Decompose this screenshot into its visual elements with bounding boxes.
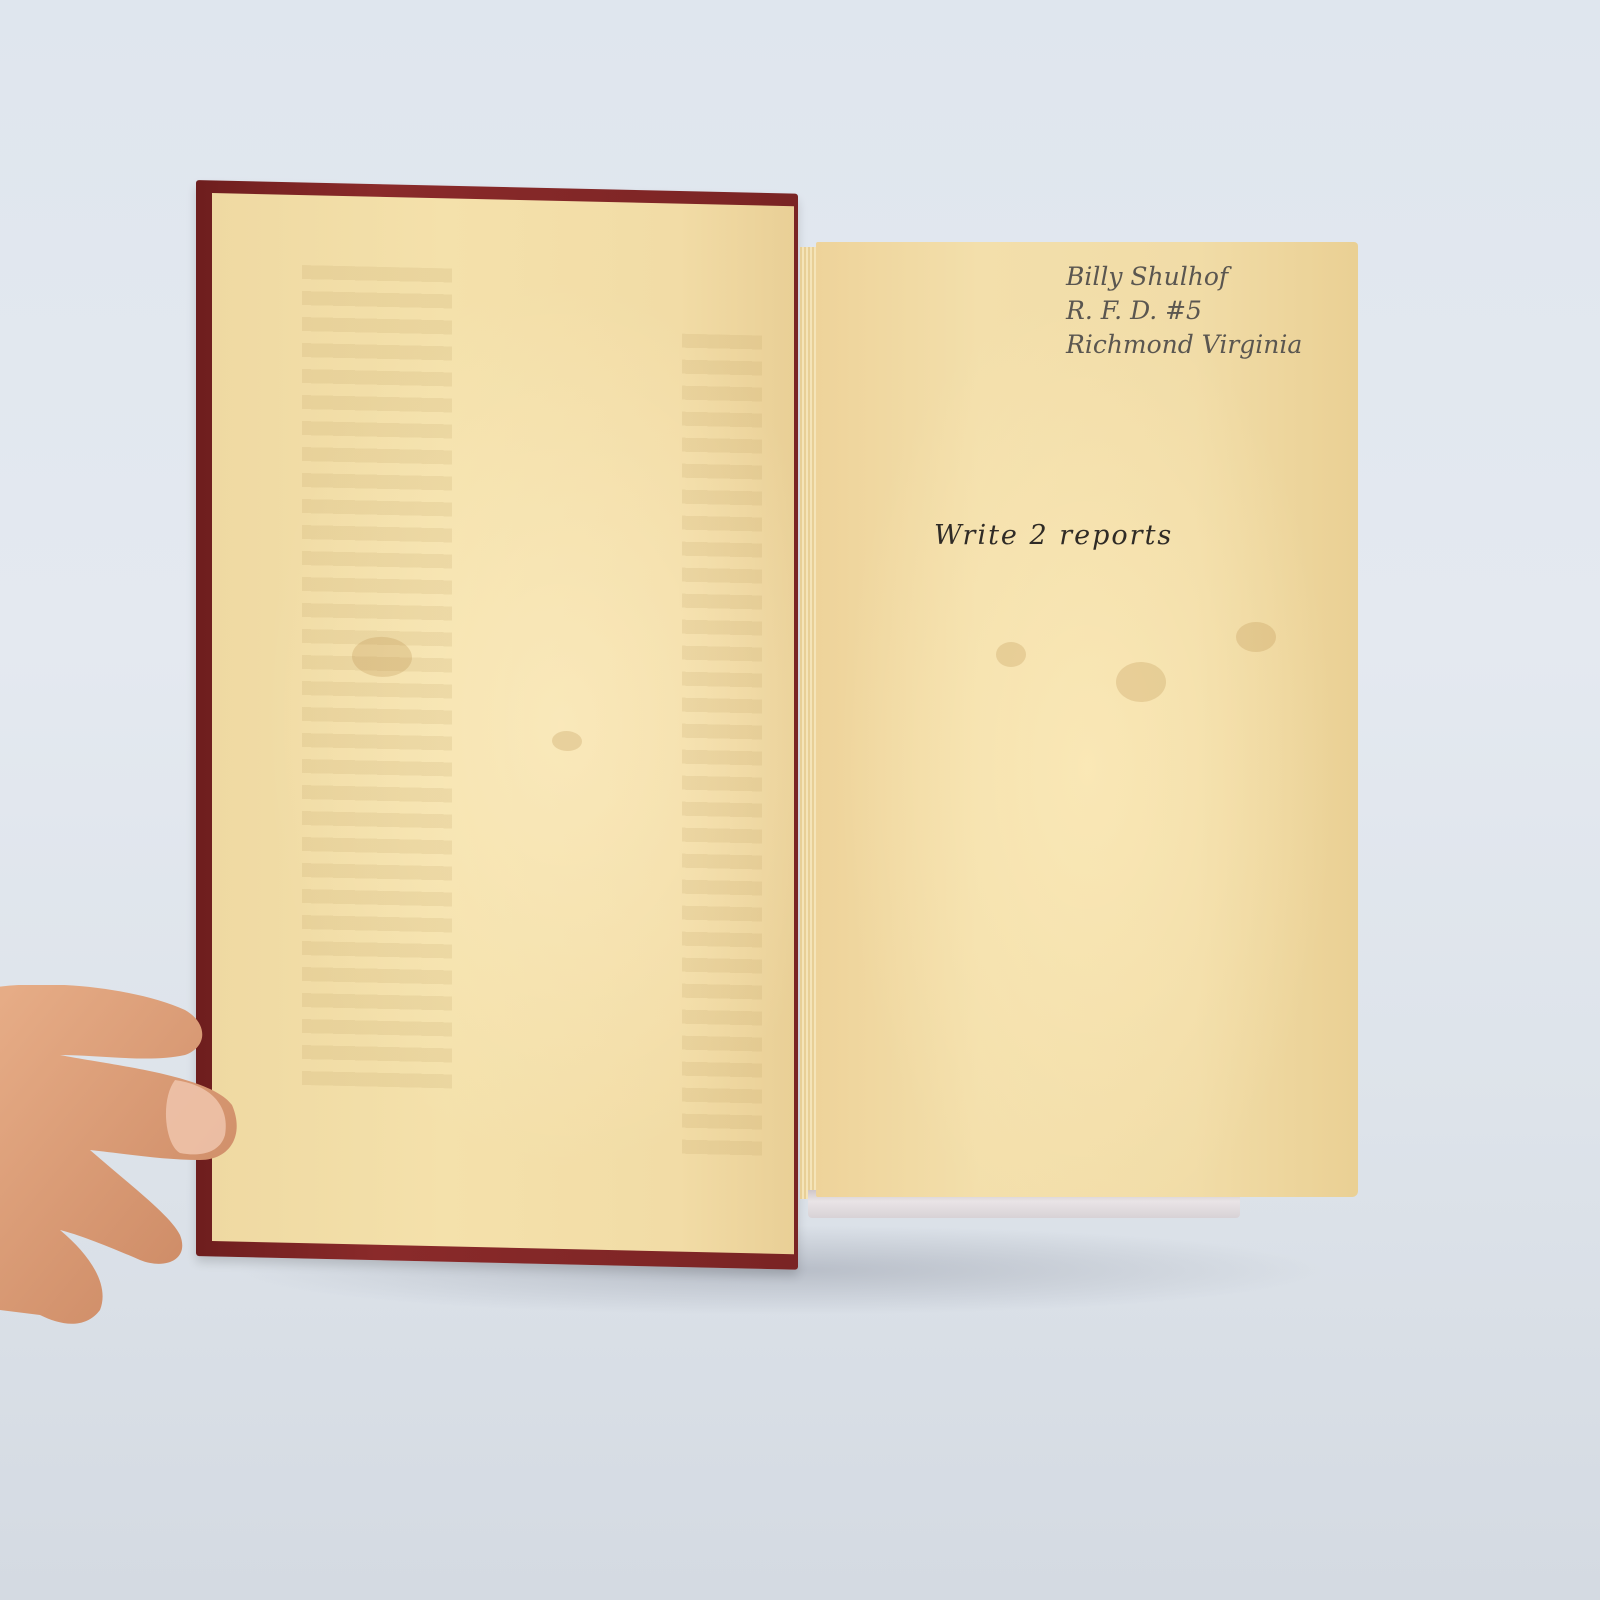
left-endpaper	[212, 193, 794, 1254]
show-through-text	[682, 334, 762, 1166]
foxing-stain	[1236, 622, 1276, 652]
photo-scene: Billy Shulhof R. F. D. #5 Richmond Virgi…	[0, 0, 1600, 1600]
show-through-text	[302, 265, 452, 1088]
foxing-stain	[552, 731, 582, 752]
right-flyleaf: Billy Shulhof R. F. D. #5 Richmond Virgi…	[816, 242, 1358, 1197]
foxing-stain	[996, 642, 1026, 667]
inscription-name: Billy Shulhof	[1066, 260, 1302, 294]
hand	[0, 985, 250, 1405]
inscription-address: R. F. D. #5	[1066, 294, 1302, 328]
inscription-city: Richmond Virginia	[1066, 328, 1302, 362]
handwritten-note: Write 2 reports	[934, 520, 1173, 551]
owner-inscription: Billy Shulhof R. F. D. #5 Richmond Virgi…	[1066, 260, 1302, 362]
foxing-stain	[1116, 662, 1166, 702]
